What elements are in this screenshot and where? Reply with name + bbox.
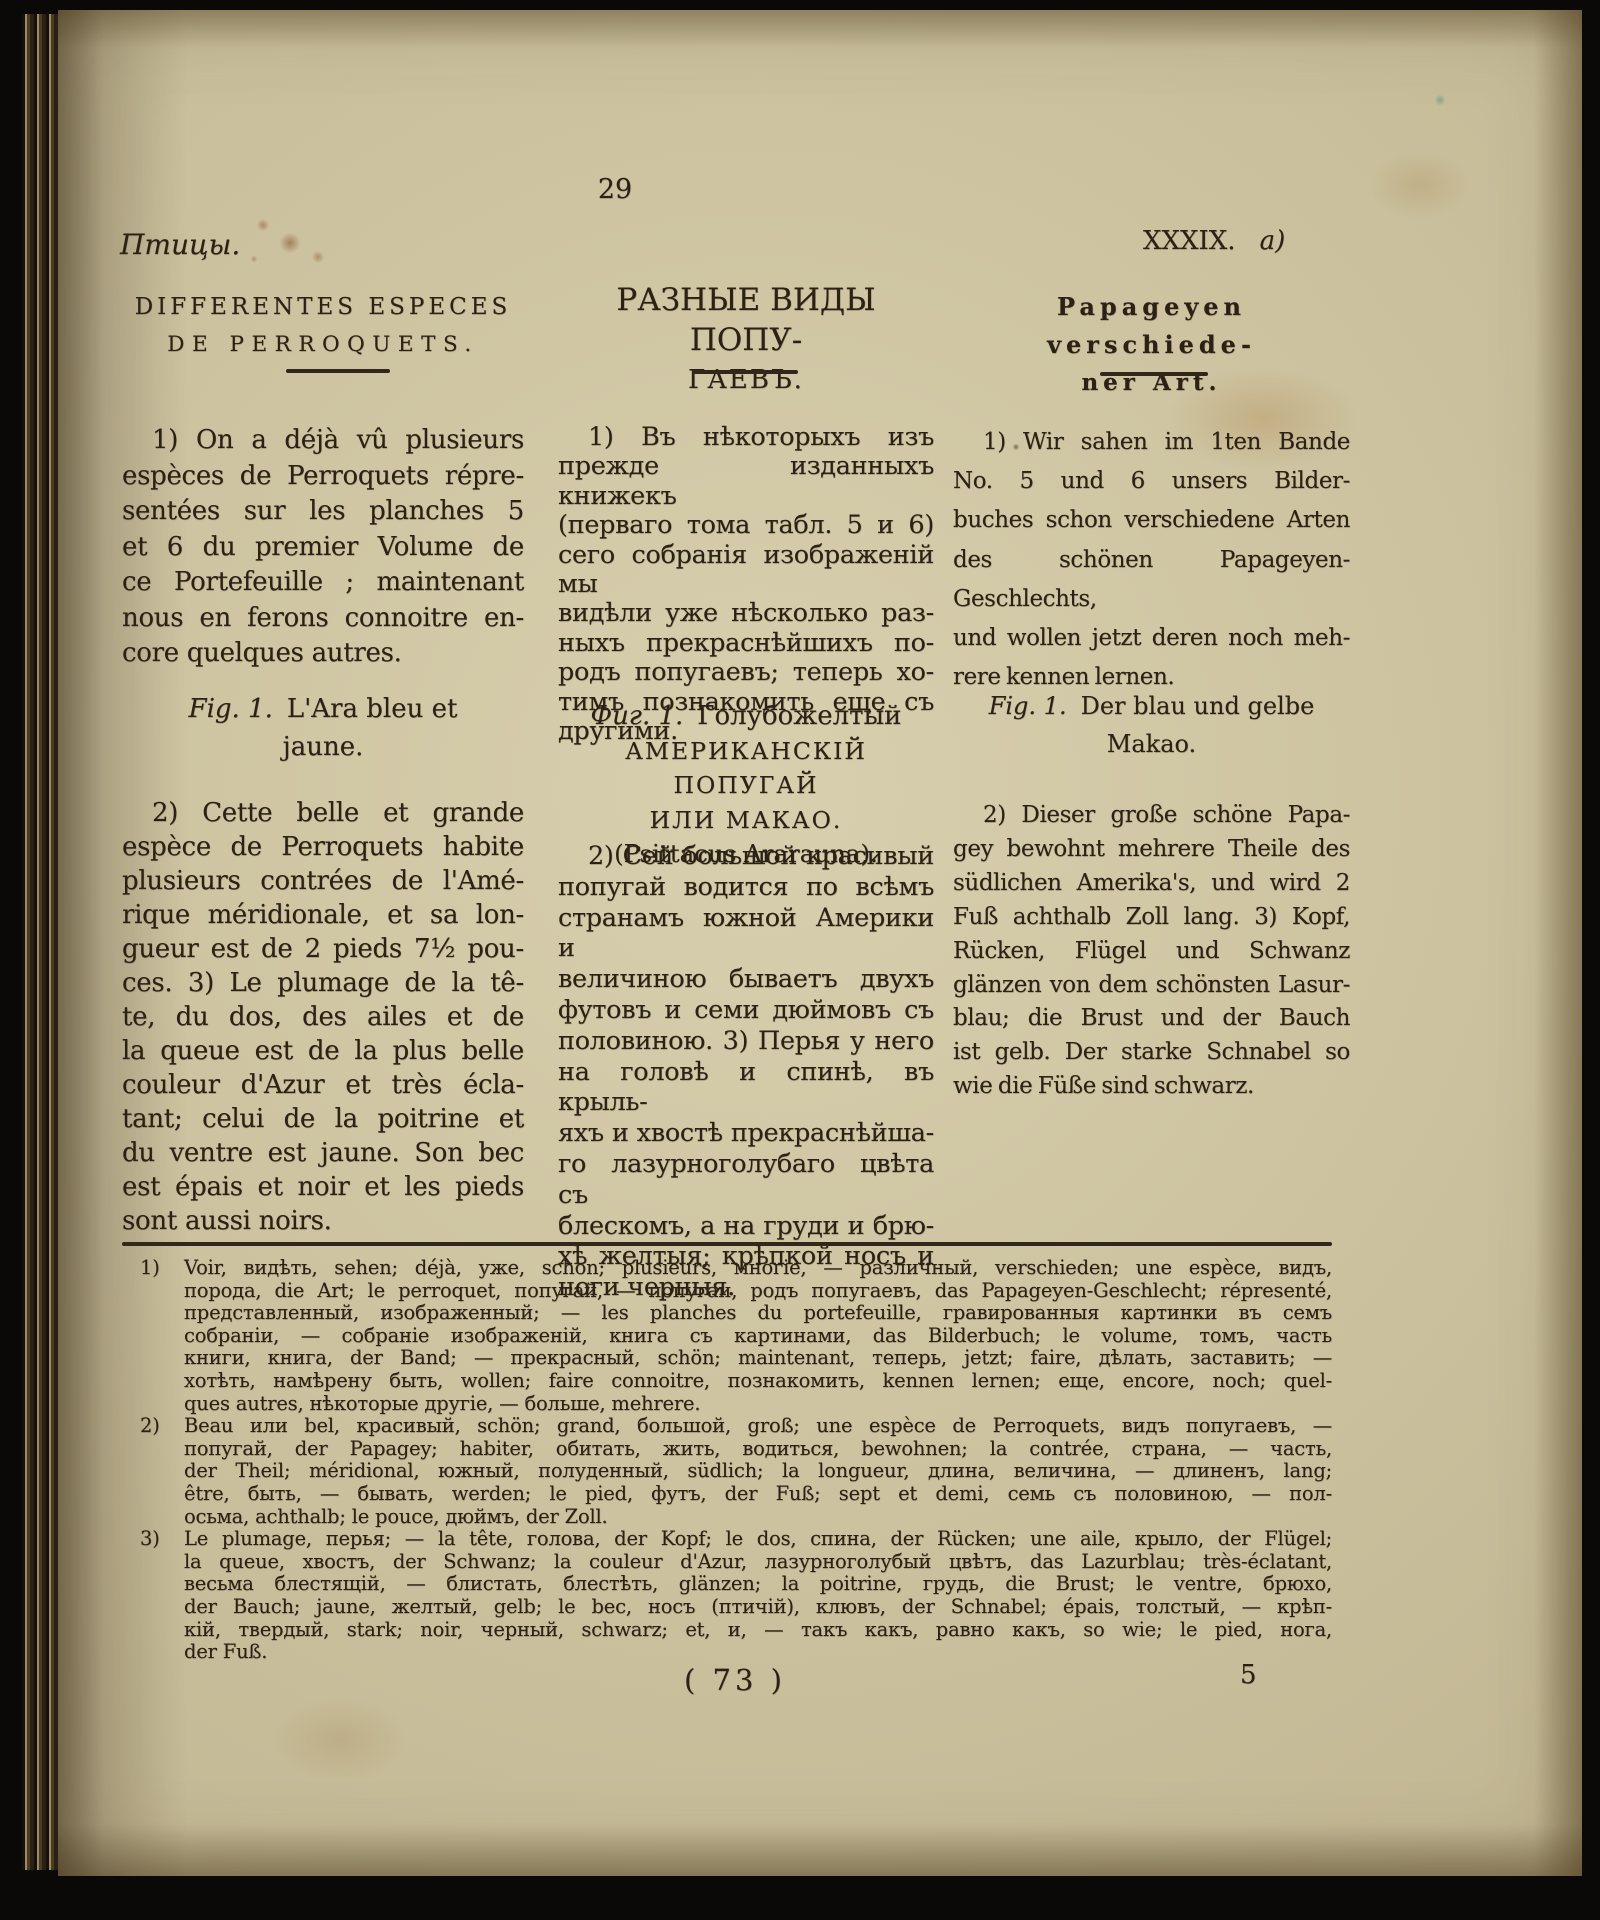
footnote-3-number: 3) bbox=[140, 1528, 160, 1551]
french-figure-title: L'Ara bleu et bbox=[287, 694, 458, 724]
russian-paragraph-2: 2) Сей большой красивыйпопугай водится п… bbox=[558, 841, 934, 1303]
plate-suffix: a) bbox=[1260, 226, 1286, 256]
russian-paragraph-1: 1) Въ нѣкоторыхъ изъпрежде изданныхъ кни… bbox=[558, 423, 934, 746]
german-column-header: Papageyen verschiede-ner Art. bbox=[953, 288, 1350, 402]
german-figure-label: Fig. 1. bbox=[989, 692, 1067, 720]
german-figure-line1: Fig. 1.Der blau und gelbe bbox=[953, 687, 1350, 725]
footnote-2-text: Beau или bel, красивый, schön; grand, бо… bbox=[184, 1415, 1332, 1528]
german-paragraph-2: 2) Dieser große schöne Papa-gey bewohnt … bbox=[953, 799, 1350, 1104]
german-header-rule bbox=[1100, 372, 1208, 376]
footnote-2-number: 2) bbox=[140, 1415, 160, 1438]
footnote-3-text: Le plumage, перья; — la tête, голова, de… bbox=[184, 1528, 1332, 1664]
french-paragraph-2: 2) Cette belle et grandeespèce de Perroq… bbox=[122, 796, 524, 1238]
german-figure-title: Der blau und gelbe bbox=[1081, 692, 1315, 720]
russian-column-header: РАЗНЫЕ ВИДЫ ПОПУ-ГАЕВЪ. bbox=[558, 280, 934, 400]
footnote-1-number: 1) bbox=[140, 1257, 160, 1280]
footnote-1: 1) Voir, видѣть, sehen; déjà, уже, schon… bbox=[122, 1257, 1332, 1415]
footnote-rule bbox=[122, 1242, 1332, 1246]
russian-figure-label: Фиг. 1. bbox=[590, 701, 683, 731]
plate-number: XXXIX. bbox=[1143, 226, 1236, 256]
french-figure-label: Fig. 1. bbox=[189, 694, 273, 724]
french-paragraph-1: 1) On a déjà vû plusieursespèces de Perr… bbox=[122, 423, 524, 672]
german-paragraph-1: 1) Wir sahen im 1ten BandeNo. 5 und 6 un… bbox=[953, 423, 1350, 697]
russian-figure-title: Голубожелтый bbox=[697, 701, 901, 731]
german-figure-heading: Fig. 1.Der blau und gelbe Makao. bbox=[953, 687, 1350, 763]
russian-header-rule bbox=[692, 370, 798, 374]
footnote-3: 3) Le plumage, перья; — la tête, голова,… bbox=[122, 1528, 1332, 1664]
footnote-2: 2) Beau или bel, красивый, schön; grand,… bbox=[122, 1415, 1332, 1528]
footnote-1-text: Voir, видѣть, sehen; déjà, уже, schon; p… bbox=[184, 1257, 1332, 1415]
sheet-folio: ( 73 ) bbox=[645, 1663, 825, 1697]
plate-reference: XXXIX.a) bbox=[1143, 226, 1285, 256]
footnote-block: 1) Voir, видѣть, sehen; déjà, уже, schon… bbox=[122, 1257, 1332, 1664]
french-figure-heading: Fig. 1.L'Ara bleu et jaune. bbox=[122, 690, 524, 766]
french-figure-line1: Fig. 1.L'Ara bleu et bbox=[122, 690, 524, 728]
book-page-scan: 29 Птицы. XXXIX.a) DIFFERENTES ESPECESDE… bbox=[0, 0, 1600, 1920]
french-figure-subtitle: jaune. bbox=[122, 728, 524, 766]
running-title-left: Птицы. bbox=[120, 228, 240, 261]
french-column-header: DIFFERENTES ESPECESDE PERROQUETS. bbox=[122, 288, 524, 364]
page-number: 29 bbox=[540, 174, 690, 205]
french-header-rule bbox=[286, 369, 390, 373]
signature-mark: 5 bbox=[1240, 1660, 1257, 1690]
russian-figure-line1: Фиг. 1.Голубожелтый bbox=[558, 699, 934, 734]
german-figure-subtitle: Makao. bbox=[953, 725, 1350, 763]
